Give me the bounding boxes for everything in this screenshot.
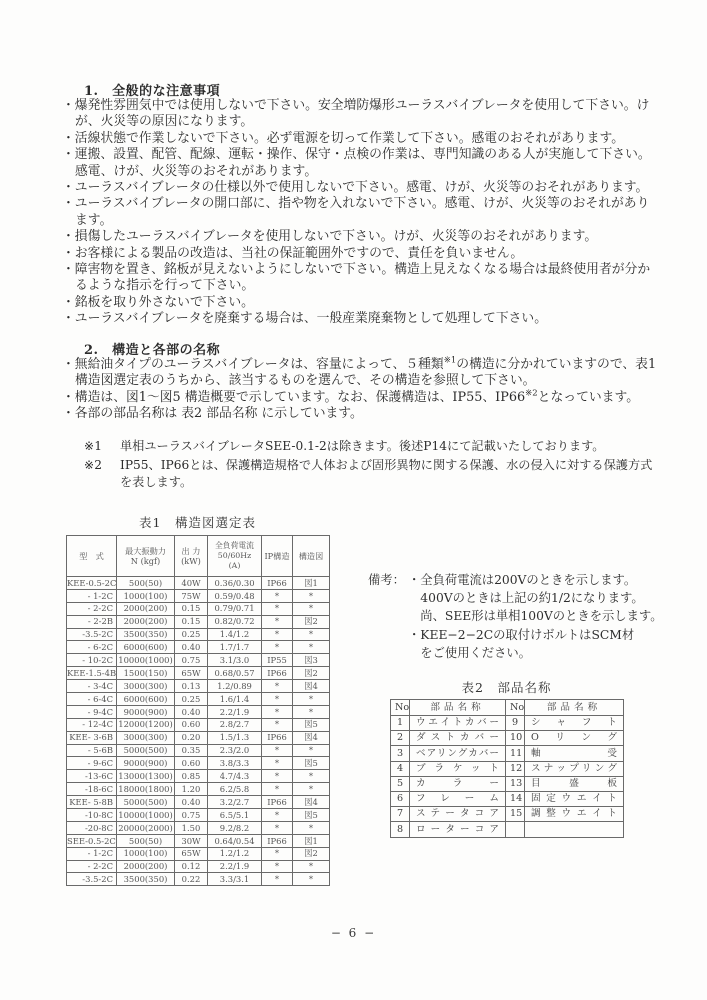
- table-cell: 0.25: [175, 693, 208, 706]
- table-cell: 6000(600): [117, 693, 175, 706]
- table-cell: 6: [391, 791, 410, 806]
- table-cell: *: [262, 615, 293, 628]
- table-cell: *: [262, 705, 293, 718]
- bullet-item: ・無給油タイプのユーラスバイブレータは、容量によって、５種類※1の構造に分かれて…: [62, 357, 658, 390]
- remark-line: ・全負荷電流は200Vのときを示します。: [408, 571, 663, 589]
- table-cell: 0.60: [175, 757, 208, 770]
- table-row: - 1-2C1000(100)75W0.59/0.48**: [67, 589, 330, 602]
- section1-heading: 1. 全般的な注意事項: [84, 80, 220, 99]
- table-cell: 0.68/0.57: [208, 667, 262, 680]
- remark-line: をご使用ください。: [408, 644, 663, 662]
- table-cell: 4: [391, 761, 410, 776]
- section2-heading: 2. 構造と各部の名称: [84, 339, 220, 358]
- table-row: KEE-1.5-4B1500(150)65W0.68/0.57IP66図2: [67, 667, 330, 680]
- table-cell: *: [262, 602, 293, 615]
- table-cell: 図5: [293, 757, 330, 770]
- table-cell: - 3-4C: [67, 680, 117, 693]
- table-row: KEE- 5-8B5000(500)0.403.2/2.7IP66図4: [67, 796, 330, 809]
- table-cell: *: [262, 783, 293, 796]
- table-cell: 3000(300): [117, 731, 175, 744]
- table-cell: - 9-6C: [67, 757, 117, 770]
- table-cell: 1.7/1.7: [208, 641, 262, 654]
- table-cell: *: [262, 589, 293, 602]
- table1-title: 表1 構造図選定表: [66, 513, 329, 531]
- table-cell: 図4: [293, 796, 330, 809]
- table-cell: 13000(1300): [117, 770, 175, 783]
- table-cell: 10000(1000): [117, 809, 175, 822]
- table-cell: 図1: [293, 834, 330, 847]
- table-header-row: 型 式 最大振動力N (kgf) 出 力(kW) 全負荷電流50/60Hz(A)…: [67, 536, 330, 577]
- table-cell: *: [293, 860, 330, 873]
- remarks: 備考： ・全負荷電流は200Vのときを示します。 400Vのときは上記の約1/2…: [368, 571, 668, 662]
- table-header-row: No. 部品名称 No. 部品名称: [391, 700, 624, 716]
- table-cell: 75W: [175, 589, 208, 602]
- structure-selection-table: 型 式 最大振動力N (kgf) 出 力(kW) 全負荷電流50/60Hz(A)…: [66, 535, 330, 886]
- table-cell: 20000(2000): [117, 821, 175, 834]
- table-cell: - 9-4C: [67, 705, 117, 718]
- col-part-name: 部品名称: [525, 700, 624, 716]
- table-cell: 0.25: [175, 628, 208, 641]
- table-cell: 9: [506, 716, 525, 731]
- footnote-1: ※1 単相ユーラスバイブレータSEE-0.1-2は除きます。後述P14にて記載い…: [84, 438, 662, 454]
- table-cell: 4.7/4.3: [208, 770, 262, 783]
- header-line: (kW): [175, 556, 207, 566]
- table-cell: - 2-2C: [67, 860, 117, 873]
- table-cell: 500(50): [117, 577, 175, 590]
- table-cell: スナップリング: [525, 761, 624, 776]
- table-cell: 3.1/3.0: [208, 654, 262, 667]
- table-row: 3ベアリングカバー11軸受: [391, 746, 624, 761]
- table-cell: *: [293, 693, 330, 706]
- table-cell: 図2: [293, 847, 330, 860]
- footnote-text: 単相ユーラスバイブレータSEE-0.1-2は除きます。後述P14にて記載いたして…: [120, 438, 656, 454]
- bullet-item: ・障害物を置き、銘板が見えないようにしないで下さい。構造上見えなくなる場合は最終…: [62, 262, 658, 295]
- table-cell: *: [262, 821, 293, 834]
- table-cell: *: [262, 641, 293, 654]
- table-cell: IP66: [262, 731, 293, 744]
- table-cell: -20-8C: [67, 821, 117, 834]
- table-cell: 9000(900): [117, 705, 175, 718]
- table-row: 7ステータコア15調整ウエイト: [391, 807, 624, 822]
- table-cell: 1.2/1.2: [208, 847, 262, 860]
- col-current: 全負荷電流50/60Hz(A): [208, 536, 262, 577]
- table-cell: 3000(300): [117, 680, 175, 693]
- table-cell: 2000(200): [117, 602, 175, 615]
- table-cell: IP66: [262, 834, 293, 847]
- bullet-item: ・ユーラスバイブレータを廃棄する場合は、一般産業廃棄物として処理して下さい。: [62, 311, 658, 327]
- table-cell: 2.2/1.9: [208, 705, 262, 718]
- table-cell: *: [262, 718, 293, 731]
- table-cell: 1000(100): [117, 847, 175, 860]
- col-output: 出 力(kW): [175, 536, 208, 577]
- table-cell: 3.2/2.7: [208, 796, 262, 809]
- table-cell: KEE- 3-6B: [67, 731, 117, 744]
- footnote-2: ※2 IP55、IP66とは、保護構造規格で人体および固形異物に関する保護、水の…: [84, 457, 662, 490]
- table-row: - 6-2C6000(600)0.401.7/1.7**: [67, 641, 330, 654]
- table-cell: [506, 822, 525, 837]
- table-cell: 15: [506, 807, 525, 822]
- bullet-item: ・各部の部品名称は 表2 部品名称 に示しています。: [62, 406, 658, 422]
- table1-body: KEE-0.5-2C500(50)40W0.36/0.30IP66図1- 1-2…: [67, 577, 330, 886]
- table-cell: 図2: [293, 615, 330, 628]
- table-cell: 図2: [293, 667, 330, 680]
- col-figure: 構造図: [293, 536, 330, 577]
- table-row: 8ローターコア: [391, 822, 624, 837]
- table-cell: 0.15: [175, 615, 208, 628]
- table-cell: 18000(1800): [117, 783, 175, 796]
- table-cell: -18-6C: [67, 783, 117, 796]
- table-cell: 6.5/5.1: [208, 809, 262, 822]
- table-cell: *: [293, 821, 330, 834]
- table-cell: 9.2/8.2: [208, 821, 262, 834]
- table-cell: 1000(100): [117, 589, 175, 602]
- table-row: 6フレーム14固定ウエイト: [391, 791, 624, 806]
- table-cell: -10-8C: [67, 809, 117, 822]
- table-cell: 10000(1000): [117, 654, 175, 667]
- table-cell: 図5: [293, 809, 330, 822]
- table-cell: 1: [391, 716, 410, 731]
- table-cell: Oリング: [525, 731, 624, 746]
- table-cell: IP66: [262, 667, 293, 680]
- table-row: KEE- 3-6B3000(300)0.201.5/1.3IP66図4: [67, 731, 330, 744]
- section1-bullet-list: ・爆発性雰囲気中では使用しないで下さい。安全増防爆形ユーラスバイブレータを使用し…: [62, 98, 658, 328]
- table-cell: 調整ウエイト: [525, 807, 624, 822]
- table-cell: 1.2/0.89: [208, 680, 262, 693]
- table-cell: 0.40: [175, 705, 208, 718]
- table-cell: 9000(900): [117, 757, 175, 770]
- table-cell: カラー: [410, 776, 506, 791]
- table-cell: 0.64/0.54: [208, 834, 262, 847]
- table-cell: - 2-2C: [67, 602, 117, 615]
- table-cell: *: [262, 744, 293, 757]
- bullet-item: ・損傷したユーラスバイブレータを使用しないで下さい。けが、火災等のおそれがありま…: [62, 229, 658, 245]
- table-cell: *: [293, 641, 330, 654]
- table-cell: 1.50: [175, 821, 208, 834]
- table-cell: *: [293, 783, 330, 796]
- table-cell: 目盛板: [525, 776, 624, 791]
- table-cell: *: [262, 757, 293, 770]
- table-cell: - 10-2C: [67, 654, 117, 667]
- table-row: -18-6C18000(1800)1.206.2/5.8**: [67, 783, 330, 796]
- table-cell: ローターコア: [410, 822, 506, 837]
- table-row: - 2-2C2000(200)0.150.79/0.71**: [67, 602, 330, 615]
- table-cell: ベアリングカバー: [410, 746, 506, 761]
- header-line: N (kgf): [117, 556, 174, 566]
- document-page: 1. 全般的な注意事項 ・爆発性雰囲気中では使用しないで下さい。安全増防爆形ユー…: [0, 0, 707, 1000]
- page-number: − 6 −: [0, 926, 707, 940]
- table-cell: *: [262, 809, 293, 822]
- table-cell: IP66: [262, 577, 293, 590]
- table-cell: 0.20: [175, 731, 208, 744]
- table-cell: 図4: [293, 731, 330, 744]
- table-cell: -3.5-2C: [67, 628, 117, 641]
- table-cell: 2000(200): [117, 615, 175, 628]
- table-cell: IP66: [262, 796, 293, 809]
- table-cell: 1.20: [175, 783, 208, 796]
- table-cell: 2.3/2.0: [208, 744, 262, 757]
- table-row: 2ダストカバー10Oリング: [391, 731, 624, 746]
- table-cell: 0.60: [175, 718, 208, 731]
- table-cell: 0.35: [175, 744, 208, 757]
- bullet-item: ・ユーラスバイブレータの仕様以外で使用しないで下さい。感電、けが、火災等のおそれ…: [62, 180, 658, 196]
- table-cell: 0.75: [175, 654, 208, 667]
- table-cell: 30W: [175, 834, 208, 847]
- table-row: - 12-4C12000(1200)0.602.8/2.7*図5: [67, 718, 330, 731]
- table-cell: IP55: [262, 654, 293, 667]
- table-cell: [525, 822, 624, 837]
- table-cell: 0.85: [175, 770, 208, 783]
- table-cell: SEE-0.5-2C: [67, 834, 117, 847]
- table-cell: 図5: [293, 718, 330, 731]
- table-cell: 1500(150): [117, 667, 175, 680]
- table-cell: 軸受: [525, 746, 624, 761]
- remark-line: ・KEE−2−2Cの取付けボルトはSCM材: [408, 626, 663, 644]
- table-cell: *: [293, 589, 330, 602]
- footnote-ref-1: ※1: [444, 356, 457, 366]
- bullet-item: ・お客様による製品の改造は、当社の保証範囲外ですので、責任を負いません。: [62, 246, 658, 262]
- table-cell: 0.40: [175, 796, 208, 809]
- table-cell: - 12-4C: [67, 718, 117, 731]
- header-line: 出 力: [175, 546, 207, 556]
- table-cell: *: [293, 770, 330, 783]
- bullet-item: ・構造は、図1〜図5 構造概要で示しています。なお、保護構造は、IP55、IP6…: [62, 390, 658, 406]
- table-cell: 12000(1200): [117, 718, 175, 731]
- table-cell: 13: [506, 776, 525, 791]
- table-cell: 0.13: [175, 680, 208, 693]
- table-cell: - 2-2B: [67, 615, 117, 628]
- table-cell: 図3: [293, 654, 330, 667]
- bullet-text: ・構造は、図1〜図5 構造概要で示しています。なお、保護構造は、IP55、IP6…: [62, 390, 525, 405]
- footnote-ref-2: ※2: [525, 389, 538, 399]
- table-row: -20-8C20000(2000)1.509.2/8.2**: [67, 821, 330, 834]
- table-cell: フレーム: [410, 791, 506, 806]
- bullet-text: となっています。: [538, 390, 639, 405]
- col-ip: IP構造: [262, 536, 293, 577]
- table-row: - 3-4C3000(300)0.131.2/0.89*図4: [67, 680, 330, 693]
- table-row: - 6-4C6000(600)0.251.6/1.4**: [67, 693, 330, 706]
- table-cell: 0.15: [175, 602, 208, 615]
- table-cell: 1.4/1.2: [208, 628, 262, 641]
- col-force: 最大振動力N (kgf): [117, 536, 175, 577]
- table-row: - 9-4C9000(900)0.402.2/1.9**: [67, 705, 330, 718]
- table-cell: 2.2/1.9: [208, 860, 262, 873]
- table-cell: -13-6C: [67, 770, 117, 783]
- table-cell: 3: [391, 746, 410, 761]
- header-line: 全負荷電流: [208, 541, 261, 551]
- table-cell: ステータコア: [410, 807, 506, 822]
- table-cell: ウエイトカバー: [410, 716, 506, 731]
- footnote-label: ※2: [84, 457, 120, 490]
- table-cell: - 6-2C: [67, 641, 117, 654]
- table-cell: シャフト: [525, 716, 624, 731]
- table-cell: 5000(500): [117, 744, 175, 757]
- table-cell: 7: [391, 807, 410, 822]
- table-cell: -3.5-2C: [67, 873, 117, 886]
- bullet-item: ・銘板を取り外さないで下さい。: [62, 295, 658, 311]
- table2-title: 表2 部品名称: [390, 678, 623, 696]
- table-cell: - 6-4C: [67, 693, 117, 706]
- table-cell: 0.36/0.30: [208, 577, 262, 590]
- table-row: - 9-6C9000(900)0.603.8/3.3*図5: [67, 757, 330, 770]
- bullet-item: ・活線状態で作業しないで下さい。必ず電源を切って作業して下さい。感電のおそれがあ…: [62, 131, 658, 147]
- table-cell: *: [262, 847, 293, 860]
- footnotes: ※1 単相ユーラスバイブレータSEE-0.1-2は除きます。後述P14にて記載い…: [84, 438, 662, 493]
- table-cell: 0.79/0.71: [208, 602, 262, 615]
- table-cell: *: [293, 873, 330, 886]
- table2-header: No. 部品名称 No. 部品名称: [391, 700, 624, 716]
- table-cell: 3.3/3.1: [208, 873, 262, 886]
- header-line: 50/60Hz: [208, 551, 261, 561]
- table-cell: 図1: [293, 577, 330, 590]
- col-no: No.: [391, 700, 410, 716]
- table-cell: 0.22: [175, 873, 208, 886]
- table1-header: 型 式 最大振動力N (kgf) 出 力(kW) 全負荷電流50/60Hz(A)…: [67, 536, 330, 577]
- footnote-label: ※1: [84, 438, 120, 454]
- table-row: -13-6C13000(1300)0.854.7/4.3**: [67, 770, 330, 783]
- remark-line: 尚、SEE形は単相100Vのときを示します。: [408, 607, 663, 625]
- table2-body: 1ウエイトカバー9シャフト2ダストカバー10Oリング3ベアリングカバー11軸受4…: [391, 716, 624, 838]
- table-cell: - 1-2C: [67, 589, 117, 602]
- table-cell: 65W: [175, 847, 208, 860]
- table-cell: 5: [391, 776, 410, 791]
- table-cell: 500(50): [117, 834, 175, 847]
- table-row: - 5-6B5000(500)0.352.3/2.0**: [67, 744, 330, 757]
- header-line: 最大振動力: [117, 546, 174, 556]
- table-row: - 10-2C10000(1000)0.753.1/3.0IP55図3: [67, 654, 330, 667]
- table-cell: 0.75: [175, 809, 208, 822]
- table-cell: 3.8/3.3: [208, 757, 262, 770]
- table-cell: 0.40: [175, 641, 208, 654]
- table-cell: 6.2/5.8: [208, 783, 262, 796]
- remarks-lines: ・全負荷電流は200Vのときを示します。 400Vのときは上記の約1/2になりま…: [408, 571, 663, 662]
- col-part-name: 部品名称: [410, 700, 506, 716]
- table-cell: *: [293, 628, 330, 641]
- table-cell: KEE-0.5-2C: [67, 577, 117, 590]
- table-cell: *: [293, 602, 330, 615]
- table-cell: *: [262, 873, 293, 886]
- table-cell: 2: [391, 731, 410, 746]
- table-row: 5カラー13目盛板: [391, 776, 624, 791]
- table-cell: 0.82/0.72: [208, 615, 262, 628]
- table-cell: 11: [506, 746, 525, 761]
- table-row: - 2-2C2000(200)0.122.2/1.9**: [67, 860, 330, 873]
- table-row: -10-8C10000(1000)0.756.5/5.1*図5: [67, 809, 330, 822]
- table-cell: 0.12: [175, 860, 208, 873]
- table-row: -3.5-2C3500(350)0.251.4/1.2**: [67, 628, 330, 641]
- table-cell: 40W: [175, 577, 208, 590]
- table-cell: 0.59/0.48: [208, 589, 262, 602]
- footnote-text: IP55、IP66とは、保護構造規格で人体および固形異物に関する保護、水の侵入に…: [120, 457, 656, 490]
- table-cell: ダストカバー: [410, 731, 506, 746]
- table-cell: - 1-2C: [67, 847, 117, 860]
- table-cell: KEE-1.5-4B: [67, 667, 117, 680]
- table-cell: 図4: [293, 680, 330, 693]
- table-cell: 6000(600): [117, 641, 175, 654]
- table-cell: 1.5/1.3: [208, 731, 262, 744]
- table-cell: 1.6/1.4: [208, 693, 262, 706]
- table-cell: KEE- 5-8B: [67, 796, 117, 809]
- remark-line: 400Vのときは上記の約1/2になります。: [408, 589, 663, 607]
- bullet-item: ・爆発性雰囲気中では使用しないで下さい。安全増防爆形ユーラスバイブレータを使用し…: [62, 98, 658, 131]
- col-no: No.: [506, 700, 525, 716]
- table-cell: 8: [391, 822, 410, 837]
- table-cell: 12: [506, 761, 525, 776]
- col-model: 型 式: [67, 536, 117, 577]
- table-cell: 2.8/2.7: [208, 718, 262, 731]
- table-cell: 2000(200): [117, 860, 175, 873]
- table-cell: *: [262, 860, 293, 873]
- table-row: KEE-0.5-2C500(50)40W0.36/0.30IP66図1: [67, 577, 330, 590]
- table-cell: *: [262, 628, 293, 641]
- table-cell: 固定ウエイト: [525, 791, 624, 806]
- table-cell: 14: [506, 791, 525, 806]
- table-cell: *: [262, 770, 293, 783]
- table-cell: 3500(350): [117, 873, 175, 886]
- bullet-item: ・運搬、設置、配管、配線、運転・操作、保守・点検の作業は、専門知識のある人が実施…: [62, 147, 658, 180]
- table-cell: *: [293, 705, 330, 718]
- table-cell: ブラケット: [410, 761, 506, 776]
- table-cell: - 5-6B: [67, 744, 117, 757]
- table-row: 4ブラケット12スナップリング: [391, 761, 624, 776]
- section2-bullet-list: ・無給油タイプのユーラスバイブレータは、容量によって、５種類※1の構造に分かれて…: [62, 357, 658, 423]
- table-cell: 65W: [175, 667, 208, 680]
- parts-name-table: No. 部品名称 No. 部品名称 1ウエイトカバー9シャフト2ダストカバー10…: [390, 699, 624, 838]
- remarks-label: 備考：: [368, 571, 408, 662]
- header-line: (A): [208, 561, 261, 571]
- table-cell: *: [262, 680, 293, 693]
- table-row: -3.5-2C3500(350)0.223.3/3.1**: [67, 873, 330, 886]
- table-row: - 2-2B2000(200)0.150.82/0.72*図2: [67, 615, 330, 628]
- table-cell: 5000(500): [117, 796, 175, 809]
- bullet-item: ・ユーラスバイブレータの開口部に、指や物を入れないで下さい。感電、けが、火災等の…: [62, 196, 658, 229]
- table-cell: 10: [506, 731, 525, 746]
- table-cell: *: [293, 744, 330, 757]
- bullet-text: ・無給油タイプのユーラスバイブレータは、容量によって、５種類: [62, 357, 444, 372]
- table-cell: *: [262, 693, 293, 706]
- table-row: - 1-2C1000(100)65W1.2/1.2*図2: [67, 847, 330, 860]
- table-cell: 3500(350): [117, 628, 175, 641]
- table-row: SEE-0.5-2C500(50)30W0.64/0.54IP66図1: [67, 834, 330, 847]
- table-row: 1ウエイトカバー9シャフト: [391, 716, 624, 731]
